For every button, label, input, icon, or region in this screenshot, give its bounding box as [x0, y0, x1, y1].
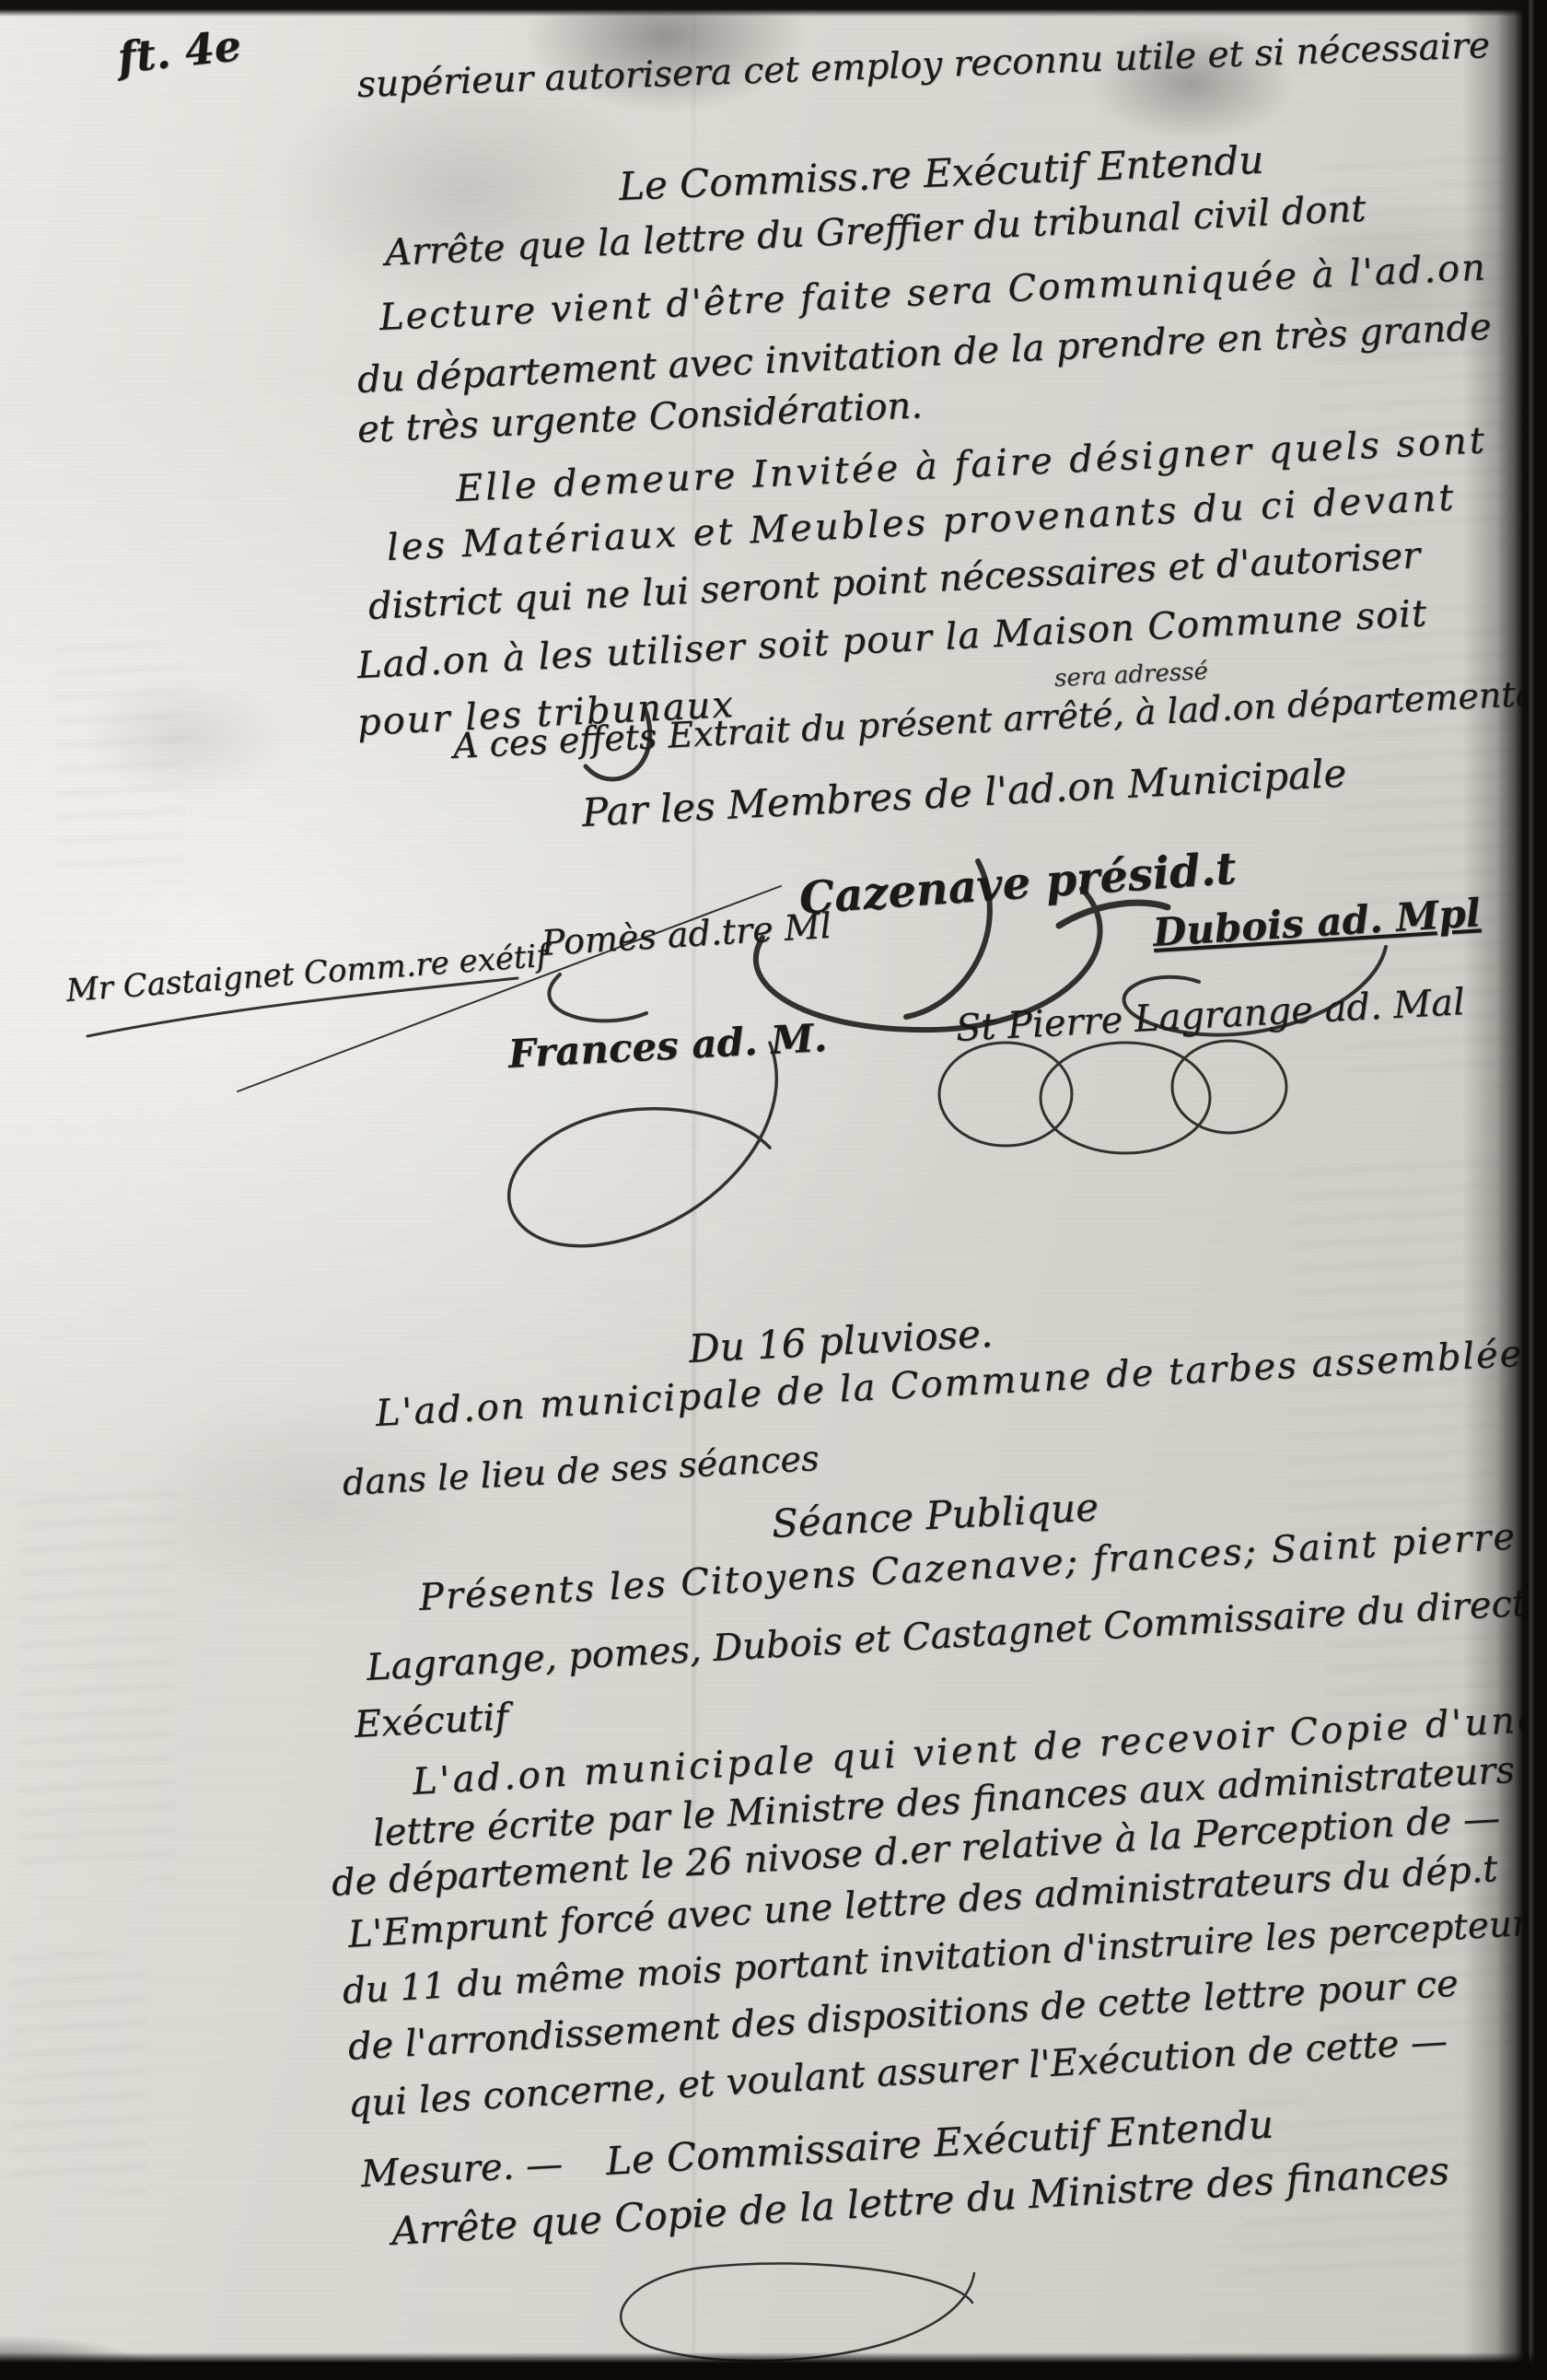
page-corner-bottom-left: [0, 2316, 239, 2380]
page-edge-right: [1462, 0, 1547, 2380]
manuscript-line: Exécutif: [354, 1696, 509, 1746]
page-edge-top: [0, 0, 1547, 17]
